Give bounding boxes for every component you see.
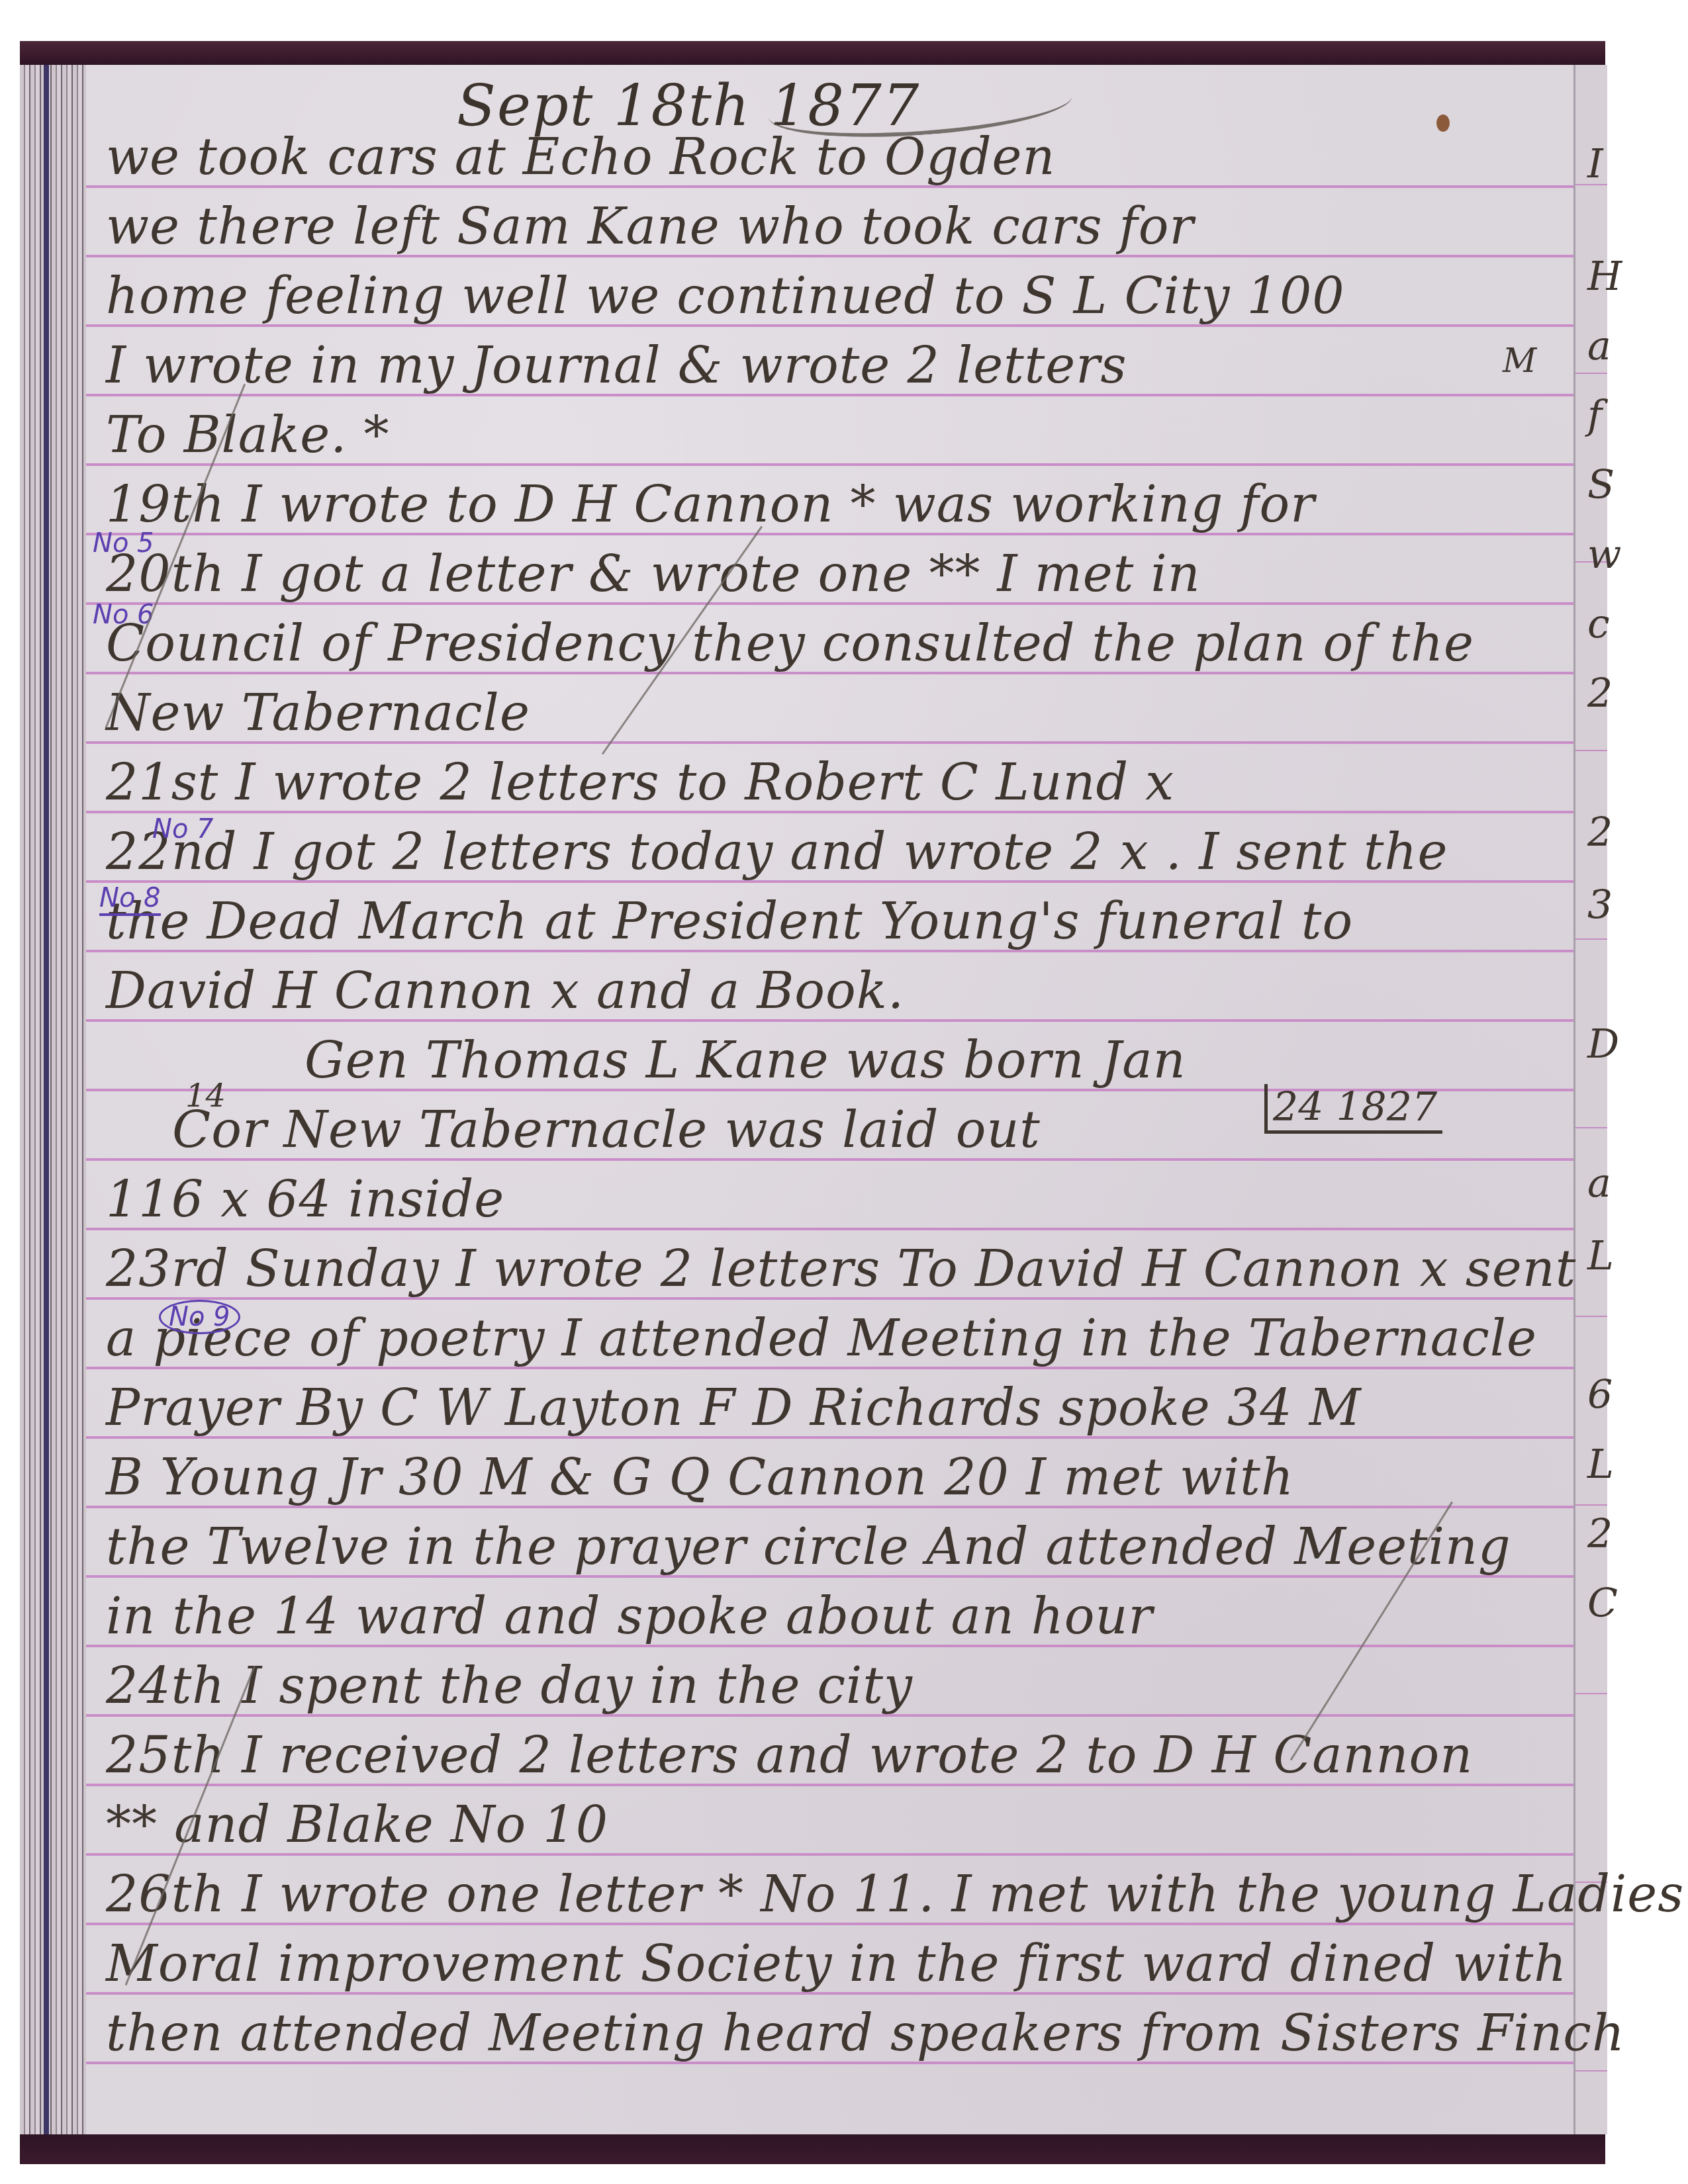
page-edges-binding bbox=[20, 65, 86, 2134]
book-cover-top-edge bbox=[20, 41, 1605, 65]
journal-line: we there left Sam Kane who took cars for bbox=[106, 197, 1194, 255]
journal-line: 23rd Sunday I wrote 2 letters To David H… bbox=[106, 1239, 1576, 1298]
purple-annotation-no7: No 7 bbox=[152, 814, 214, 844]
purple-annotation-no5: No 5 bbox=[93, 528, 154, 559]
journal-line: 116 x 64 inside bbox=[106, 1169, 504, 1228]
purple-annotation-no9: No 9 bbox=[159, 1300, 240, 1334]
journal-line: 24th I spent the day in the city bbox=[106, 1656, 913, 1715]
journal-line: 22nd I got 2 letters today and wrote 2 x… bbox=[106, 822, 1448, 881]
adjacent-glyph: a bbox=[1587, 326, 1611, 366]
journal-line: Council of Presidency they consulted the… bbox=[106, 614, 1474, 672]
journal-line: Gen Thomas L Kane was born Jan bbox=[305, 1030, 1186, 1089]
ink-stain bbox=[1436, 114, 1450, 132]
adjacent-glyph: 2 bbox=[1587, 813, 1613, 852]
adjacent-page-edge: I H a f S w c 2 2 3 D a L 6 L 2 C bbox=[1573, 65, 1607, 2134]
journal-line: Moral improvement Society in the first w… bbox=[106, 1934, 1567, 1993]
journal-line: 19th I wrote to D H Cannon * was working… bbox=[106, 475, 1315, 533]
journal-line: home feeling well we continued to S L Ci… bbox=[106, 266, 1345, 325]
adjacent-glyph: 2 bbox=[1587, 1514, 1613, 1554]
adjacent-glyph: c bbox=[1587, 604, 1610, 644]
adjacent-glyph: C bbox=[1587, 1584, 1618, 1623]
adjacent-glyph: D bbox=[1587, 1024, 1619, 1064]
journal-line: 25th I received 2 letters and wrote 2 to… bbox=[106, 1725, 1473, 1784]
margin-note: M bbox=[1503, 341, 1536, 380]
journal-line: New Tabernacle bbox=[106, 683, 530, 742]
adjacent-glyph: I bbox=[1587, 144, 1603, 184]
journal-line: 20th I got a letter & wrote one ** I met… bbox=[106, 544, 1201, 603]
journal-line: To Blake. * bbox=[106, 405, 390, 464]
adjacent-glyph: H bbox=[1587, 257, 1622, 296]
journal-line: B Young Jr 30 M & G Q Cannon 20 I met wi… bbox=[106, 1447, 1294, 1506]
journal-line: David H Cannon x and a Book. bbox=[106, 961, 904, 1020]
journal-line: 26th I wrote one letter * No 11. I met w… bbox=[106, 1864, 1684, 1923]
adjacent-glyph: 2 bbox=[1587, 674, 1613, 713]
journal-line: a piece of poetry I attended Meeting in … bbox=[106, 1308, 1537, 1367]
binding-spine bbox=[44, 65, 49, 2134]
adjacent-glyph: 6 bbox=[1587, 1375, 1613, 1415]
journal-page: Sept 18th 1877 we took cars at Echo Rock… bbox=[86, 65, 1573, 2134]
journal-line: we took cars at Echo Rock to Ogden bbox=[106, 127, 1055, 186]
adjacent-glyph: L bbox=[1587, 1236, 1614, 1276]
journal-line: the Dead March at President Young's fune… bbox=[106, 891, 1353, 950]
journal-line: in the 14 ward and spoke about an hour bbox=[106, 1586, 1153, 1645]
margin-date-note: 24 1827 bbox=[1264, 1084, 1442, 1134]
purple-annotation-no8: No 8 bbox=[99, 883, 161, 916]
journal-line: I wrote in my Journal & wrote 2 letters bbox=[106, 336, 1127, 394]
adjacent-glyph: w bbox=[1587, 535, 1621, 574]
journal-line: then attended Meeting heard speakers fro… bbox=[106, 2003, 1625, 2062]
journal-line: Cor New Tabernacle was laid out bbox=[172, 1100, 1041, 1159]
journal-line: Prayer By C W Layton F D Richards spoke … bbox=[106, 1378, 1362, 1437]
book-cover-bottom-edge bbox=[20, 2134, 1605, 2164]
adjacent-glyph: a bbox=[1587, 1163, 1611, 1203]
purple-annotation-no6: No 6 bbox=[93, 600, 154, 630]
adjacent-glyph: L bbox=[1587, 1445, 1614, 1484]
margin-note-14: 14 bbox=[185, 1077, 226, 1115]
adjacent-glyph: S bbox=[1587, 465, 1615, 505]
journal-line: 21st I wrote 2 letters to Robert C Lund … bbox=[106, 752, 1174, 811]
adjacent-glyph: 3 bbox=[1587, 886, 1613, 925]
adjacent-glyph: f bbox=[1587, 396, 1602, 435]
journal-line: the Twelve in the prayer circle And atte… bbox=[106, 1517, 1511, 1576]
